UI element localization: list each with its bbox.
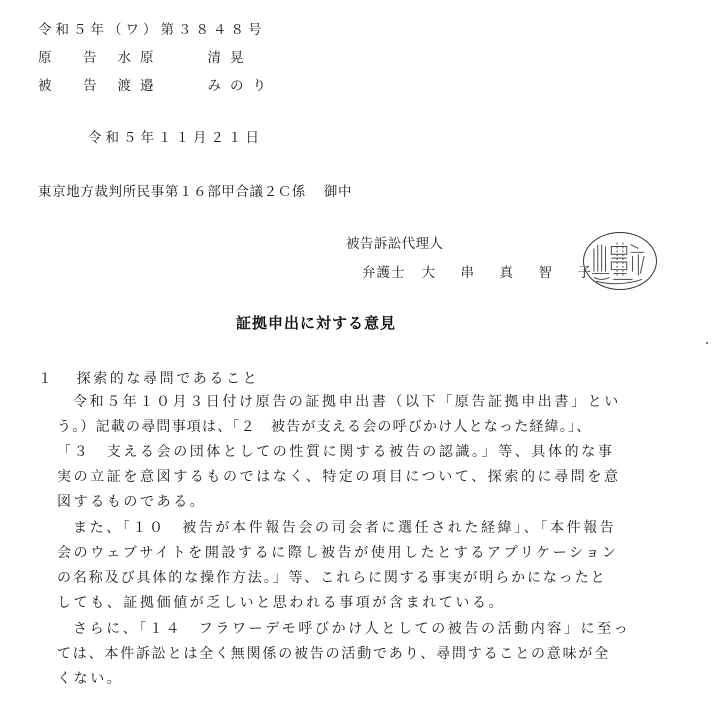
plaintiff-name: 水原 清晃 — [118, 50, 253, 66]
defendant-row: 被 告渡邉 みのり — [38, 77, 275, 95]
paragraph-line: う。）記載の尋問事項は、「２ 被告が支える会の呼びかけ人となった経緯。」、 — [57, 418, 591, 436]
plaintiff-label: 原 告 — [38, 50, 106, 66]
seal-stamp-icon — [583, 232, 657, 290]
paragraph-line: 会のウェブサイトを開設するに際し被告が使用したとするアプリケーション — [57, 544, 618, 562]
paragraph-line: の名称及び具体的な操作方法。」等、これらに関する事実が明らかになったと — [57, 569, 607, 587]
paragraph-line: また、「１０ 被告が本件報告会の司会者に選任された経緯」、「本件報告 — [73, 519, 616, 537]
defendant-name: 渡邉 みのり — [118, 78, 276, 94]
signatory-name-row: 弁護士大 串 真 智 子 — [362, 264, 597, 282]
court-addressee: 東京地方裁判所民事第１６部甲合議２Ｃ係御中 — [38, 183, 352, 201]
section-heading: １探索的な尋問であること — [38, 370, 259, 388]
paragraph-line: 令和５年１０月３日付け原告の証拠申出書（以下「原告証拠申出書」とい — [73, 393, 621, 411]
paragraph-line: 「３ 支える会の団体としての性質に関する被告の認識。」等、具体的な事 — [57, 443, 614, 461]
plaintiff-row: 原 告水原 清晃 — [38, 49, 253, 67]
defendant-label: 被 告 — [38, 78, 106, 94]
scan-speck — [63, 606, 65, 608]
scan-speck — [706, 342, 708, 344]
signatory-name: 大 串 真 智 子 — [422, 265, 598, 281]
paragraph-line: 実の立証を意図するものではなく、特定の項目について、探索的に尋問を意 — [57, 468, 621, 486]
signatory-title: 弁護士 — [362, 265, 406, 281]
document-date: 令和５年１１月２１日 — [88, 129, 263, 147]
signatory-role: 被告訴訟代理人 — [346, 235, 443, 253]
section-number: １ — [38, 371, 55, 387]
court-honorific: 御中 — [324, 184, 352, 200]
paragraph-line: ては、本件訴訟とは全く無関係の被告の活動であり、尋問することの意味が全 — [57, 645, 610, 663]
document-title: 証拠申出に対する意見 — [236, 314, 396, 332]
paragraph-line: 図するものである。 — [57, 493, 206, 511]
section-heading-text: 探索的な尋問であること — [77, 371, 260, 387]
case-number: 令和５年（ワ）第３８４８号 — [38, 21, 266, 39]
court-name: 東京地方裁判所民事第１６部甲合議２Ｃ係 — [38, 184, 306, 200]
paragraph-line: さらに、「１４ フラワーデモ呼びかけ人としての被告の活動内容」に至っ — [73, 620, 630, 638]
paragraph-line: くない。 — [57, 670, 123, 688]
paragraph-line: しても、証拠価値が乏しいと思われる事項が含まれている。 — [57, 594, 505, 612]
